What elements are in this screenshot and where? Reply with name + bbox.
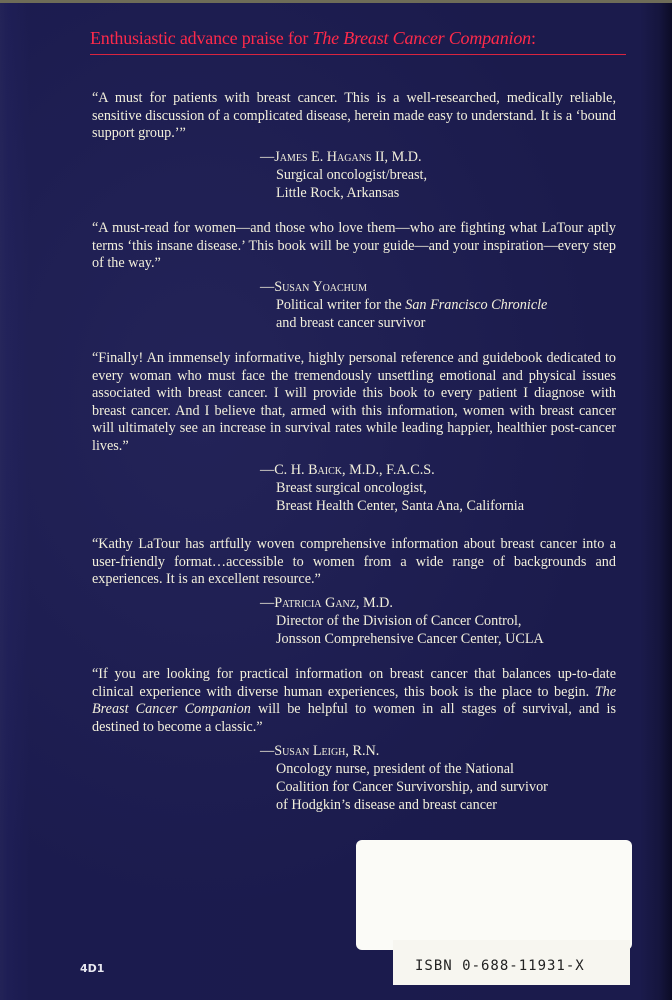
praise-heading: Enthusiastic advance praise for The Brea… bbox=[90, 28, 626, 55]
isbn-number: ISBN 0-688-11931-X bbox=[415, 958, 585, 974]
blurb-quote-1: “A must for patients with breast cancer.… bbox=[92, 90, 616, 143]
blurb-author: —C. H. Baick, M.D., F.A.C.S. bbox=[260, 461, 636, 479]
blurb-quote-2: “A must-read for women—and those who lov… bbox=[92, 220, 616, 273]
blurb-attribution-3: —C. H. Baick, M.D., F.A.C.S. Breast surg… bbox=[276, 461, 636, 515]
blurb-author: —Patricia Ganz, M.D. bbox=[260, 594, 636, 612]
print-code: 4D1 bbox=[80, 962, 104, 975]
blurb-attribution-5: —Susan Leigh, R.N. Oncology nurse, presi… bbox=[276, 742, 636, 814]
blurb-author: —Susan Leigh, R.N. bbox=[260, 742, 636, 760]
blurb-attribution-2: —Susan Yoachum Political writer for the … bbox=[276, 278, 636, 332]
blurb-author: —James E. Hagans II, M.D. bbox=[260, 148, 636, 166]
blurb-quote-5: “If you are looking for practical inform… bbox=[92, 666, 616, 736]
blurb-quote-4: “Kathy LaTour has artfully woven compreh… bbox=[92, 536, 616, 589]
price-sticker-blank bbox=[356, 840, 632, 950]
blurb-quote-3: “Finally! An immensely informative, high… bbox=[92, 350, 616, 455]
blurb-attribution-1: —James E. Hagans II, M.D. Surgical oncol… bbox=[276, 148, 636, 202]
blurb-author: —Susan Yoachum bbox=[260, 278, 636, 296]
cover-top-edge bbox=[0, 0, 672, 3]
blurb-attribution-4: —Patricia Ganz, M.D. Director of the Div… bbox=[276, 594, 636, 648]
